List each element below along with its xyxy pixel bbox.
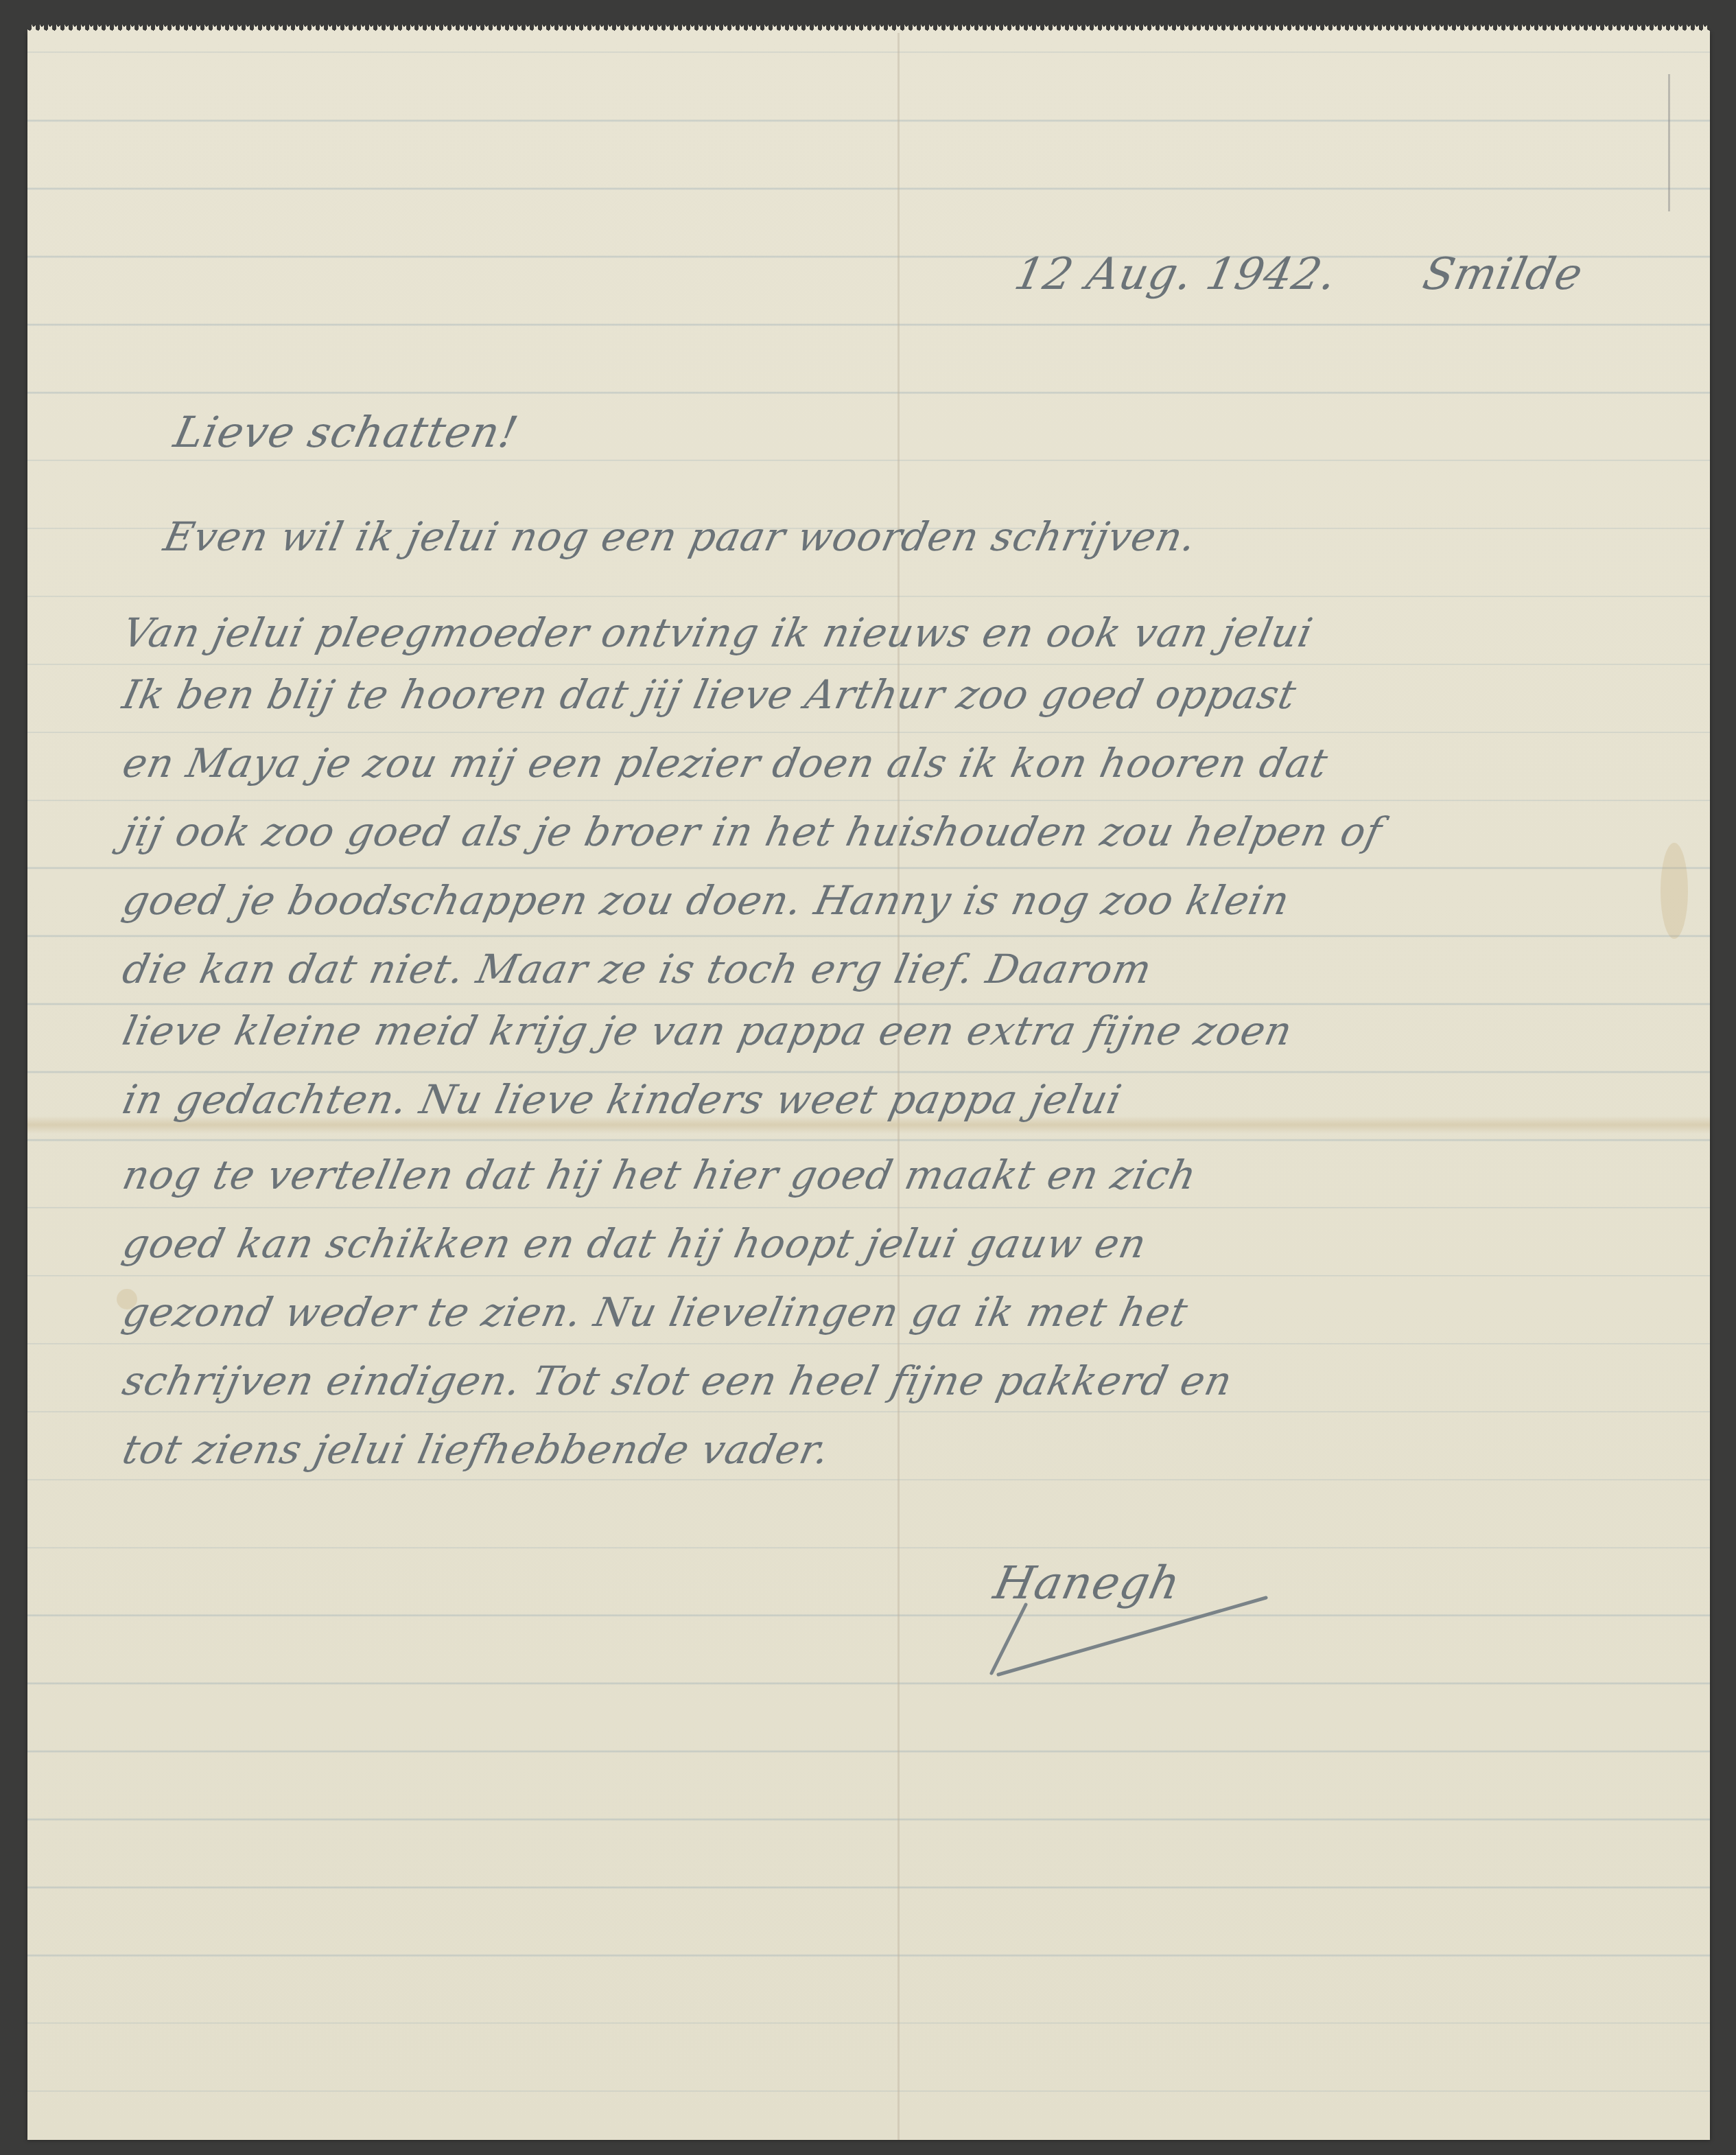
body-line: en Maya je zou mij een plezier doen als … [119,740,1333,787]
body-line: Even wil ik jelui nog een paar woorden s… [160,513,1201,560]
scanned-document: 12 Aug. 1942. Smilde Lieve schatten! Eve… [0,0,1736,2155]
body-line: goed kan schikken en dat hij hoopt jelui… [119,1220,1151,1267]
letter-greeting: Lieve schatten! [169,407,522,457]
body-line: in gedachten. Nu lieve kinders weet papp… [119,1076,1126,1123]
body-line: schrijven eindigen. Tot slot een heel fi… [119,1358,1236,1404]
body-line: Van jelui pleegmoeder ontving ik nieuws … [119,609,1317,656]
body-line: tot ziens jelui liefhebbende vader. [119,1426,834,1473]
body-line: Ik ben blij te hooren dat jij lieve Arth… [119,671,1301,718]
letter-paper: 12 Aug. 1942. Smilde Lieve schatten! Eve… [27,33,1710,2140]
edge-tear [1668,74,1670,211]
stain [1661,843,1688,939]
signature-underline-icon [985,1591,1273,1680]
body-line: jij ook zoo goed als je broer in het hui… [119,808,1387,855]
letter-date: 12 Aug. 1942. [1010,249,1341,300]
body-line: nog te vertellen dat hij het hier goed m… [119,1152,1201,1198]
body-line: goed je boodschappen zou doen. Hanny is … [119,877,1294,924]
letter-place: Smilde [1418,249,1587,300]
letter-date-place: 12 Aug. 1942. Smilde [1010,249,1587,300]
body-line: gezond weder te zien. Nu lievelingen ga … [119,1289,1193,1336]
body-line: lieve kleine meid krijg je van pappa een… [119,1007,1297,1054]
body-line: die kan dat niet. Maar ze is toch erg li… [119,946,1156,992]
